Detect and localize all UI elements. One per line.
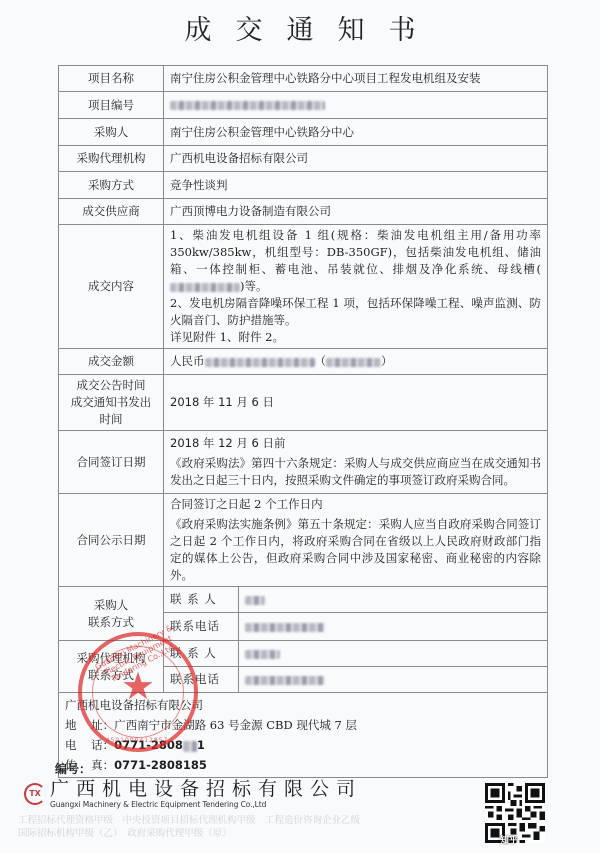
row-agency: 采购代理机构 广西机电设备招标有限公司	[59, 146, 548, 172]
label-purchaser: 采购人	[59, 119, 164, 146]
value-contract-sign: 2018 年 12 月 6 日前 《政府采购法》第四十六条规定：采购人与成交供应…	[164, 431, 548, 494]
paren-open: （	[315, 354, 327, 368]
fax-value: 0771-2808185	[114, 758, 207, 772]
row-supplier: 成交供应商 广西顶博电力设备制造有限公司	[59, 199, 548, 225]
value-amount: 人民币（）	[164, 349, 548, 375]
redacted-purchaser-contact	[245, 596, 265, 605]
label-purchaser-contact-2: 联系方式	[61, 614, 161, 631]
row-method: 采购方式 竞争性谈判	[59, 172, 548, 199]
company-logo-icon: TX	[24, 783, 46, 805]
value-content: 1、柴油发电机组设备 1 组(规格：柴油发电机组主用/备用功率 350kw/38…	[164, 225, 548, 349]
row-issuer-info: 广西机电设备招标有限公司 地 址：广西南宁市金湖路 63 号金源 CBD 现代城…	[59, 693, 548, 778]
label-purchaser-contact-1: 采购人	[61, 597, 161, 614]
redacted-busbar-spec	[170, 283, 240, 292]
issuer-fax: 传 真：0771-2808185	[65, 755, 541, 775]
label-notice-time-1: 成交公告时间	[61, 377, 161, 394]
label-notice-time-2: 成交通知书发出	[61, 394, 161, 411]
label-agency-contact: 采购代理机构 联系方式	[59, 641, 164, 693]
label-purchaser-contact-person: 联 系 人	[164, 587, 239, 613]
label-agency: 采购代理机构	[59, 146, 164, 172]
issuer-address: 地 址：广西南宁市金湖路 63 号金源 CBD 现代城 7 层	[65, 715, 541, 735]
qualifications-line-1: 工程招标代理资格甲级 中央投资项目招标代理机构甲级 工程造价咨询企业乙级	[18, 814, 418, 827]
label-contract-publish: 合同公示日期	[59, 494, 164, 587]
value-agency-contact-person	[239, 641, 548, 667]
label-supplier: 成交供应商	[59, 199, 164, 225]
label-project-name: 项目名称	[59, 66, 164, 92]
paren-close: ）	[381, 354, 393, 368]
address-value: 广西南宁市金湖路 63 号金源 CBD 现代城 7 层	[114, 718, 357, 732]
amount-prefix: 人民币	[170, 354, 205, 368]
phone-suffix: 1	[197, 738, 205, 752]
content-item-1-end: )等。	[240, 279, 268, 293]
phone-prefix: 0771-2808	[114, 738, 183, 752]
label-notice-time: 成交公告时间 成交通知书发出 时间	[59, 375, 164, 431]
redacted-phone-digits	[183, 741, 197, 752]
contract-publish-date: 合同签订之日起 2 个工作日内	[170, 496, 541, 513]
label-method: 采购方式	[59, 172, 164, 199]
value-purchaser-contact-person	[239, 587, 548, 613]
value-supplier: 广西顶博电力设备制造有限公司	[164, 199, 548, 225]
row-project-no: 项目编号	[59, 92, 548, 119]
company-name-en: Guangxi Machinery & Electric Equipment T…	[50, 800, 362, 809]
redacted-agency-phone	[245, 676, 325, 685]
company-logo: TX 广西机电设备招标有限公司 Guangxi Machinery & Elec…	[24, 778, 362, 809]
redacted-amount-words	[205, 358, 315, 367]
value-purchaser-contact-phone	[239, 613, 548, 641]
qualifications: 工程招标代理资格甲级 中央投资项目招标代理机构甲级 工程造价咨询企业乙级 国际招…	[18, 814, 418, 840]
row-content: 成交内容 1、柴油发电机组设备 1 组(规格：柴油发电机组主用/备用功率 350…	[59, 225, 548, 349]
content-item-1: 1、柴油发电机组设备 1 组(规格：柴油发电机组主用/备用功率 350kw/38…	[170, 227, 541, 295]
row-contract-publish: 合同公示日期 合同签订之日起 2 个工作日内 《政府采购法实施条例》第五十条规定…	[59, 494, 548, 587]
row-purchaser-contact-person: 采购人 联系方式 联 系 人	[59, 587, 548, 613]
redacted-agency-contact	[245, 650, 280, 659]
row-notice-time: 成交公告时间 成交通知书发出 时间 2018 年 11 月 6 日	[59, 375, 548, 431]
contract-sign-note: 《政府采购法》第四十六条规定：采购人与成交供应商应当在成交通知书发出之日起三十日…	[170, 455, 541, 489]
value-project-no	[164, 92, 548, 119]
content-note: 详见附件 1、附件 2。	[170, 329, 541, 346]
company-name-cn: 广西机电设备招标有限公司	[50, 778, 362, 800]
redacted-project-no	[170, 101, 325, 110]
label-notice-time-3: 时间	[61, 411, 161, 428]
address-label: 地 址：	[65, 718, 114, 732]
value-purchaser: 南宁住房公积金管理中心铁路分中心	[164, 119, 548, 146]
label-purchaser-contact: 采购人 联系方式	[59, 587, 164, 641]
label-contract-sign: 合同签订日期	[59, 431, 164, 494]
label-agency-contact-1: 采购代理机构	[61, 650, 161, 667]
issuer-name: 广西机电设备招标有限公司	[65, 695, 541, 715]
value-notice-time: 2018 年 11 月 6 日	[164, 375, 548, 431]
value-method: 竞争性谈判	[164, 172, 548, 199]
label-content: 成交内容	[59, 225, 164, 349]
label-agency-contact-person: 联 系 人	[164, 641, 239, 667]
value-contract-publish: 合同签订之日起 2 个工作日内 《政府采购法实施条例》第五十条规定：采购人应当自…	[164, 494, 548, 587]
label-project-no: 项目编号	[59, 92, 164, 119]
redacted-purchaser-phone	[245, 623, 325, 632]
notice-table: 项目名称 南宁住房公积金管理中心铁路分中心项目工程发电机组及安装 项目编号 采购…	[58, 65, 548, 778]
qualifications-line-2: 国际招标机构甲级（乙） 政府采购代理甲级（原）	[18, 827, 418, 840]
redacted-amount-figure	[326, 358, 381, 367]
content-item-1-text: 1、柴油发电机组设备 1 组(规格：柴油发电机组主用/备用功率 350kw/38…	[170, 228, 541, 276]
label-agency-contact-phone: 联系电话	[164, 667, 239, 693]
value-project-name: 南宁住房公积金管理中心铁路分中心项目工程发电机组及安装	[164, 66, 548, 92]
row-contract-sign: 合同签订日期 2018 年 12 月 6 日前 《政府采购法》第四十六条规定：采…	[59, 431, 548, 494]
contract-sign-date: 2018 年 12 月 6 日前	[170, 435, 541, 452]
qr-caption: 知乎	[500, 833, 518, 846]
phone-label: 电 话：	[65, 738, 114, 752]
document-number-label: 编号：	[55, 760, 91, 777]
value-agency: 广西机电设备招标有限公司	[164, 146, 548, 172]
row-purchaser: 采购人 南宁住房公积金管理中心铁路分中心	[59, 119, 548, 146]
row-agency-contact-person: 采购代理机构 联系方式 联 系 人	[59, 641, 548, 667]
content-item-2: 2、发电机房隔音降噪环保工程 1 项，包括环保降噪工程、噪声监测、防火隔音门、防…	[170, 295, 541, 329]
issuer-info: 广西机电设备招标有限公司 地 址：广西南宁市金湖路 63 号金源 CBD 现代城…	[59, 693, 548, 778]
label-amount: 成交金额	[59, 349, 164, 375]
document-title: 成交通知书	[0, 8, 600, 47]
label-agency-contact-2: 联系方式	[61, 667, 161, 684]
row-amount: 成交金额 人民币（）	[59, 349, 548, 375]
row-project-name: 项目名称 南宁住房公积金管理中心铁路分中心项目工程发电机组及安装	[59, 66, 548, 92]
issuer-phone: 电 话：0771-28081	[65, 735, 541, 755]
contract-publish-note: 《政府采购法实施条例》第五十条规定：采购人应当自政府采购合同签订之日起 2 个工…	[170, 516, 541, 584]
company-logo-text: 广西机电设备招标有限公司 Guangxi Machinery & Electri…	[50, 778, 362, 809]
value-agency-contact-phone	[239, 667, 548, 693]
label-purchaser-contact-phone: 联系电话	[164, 613, 239, 641]
